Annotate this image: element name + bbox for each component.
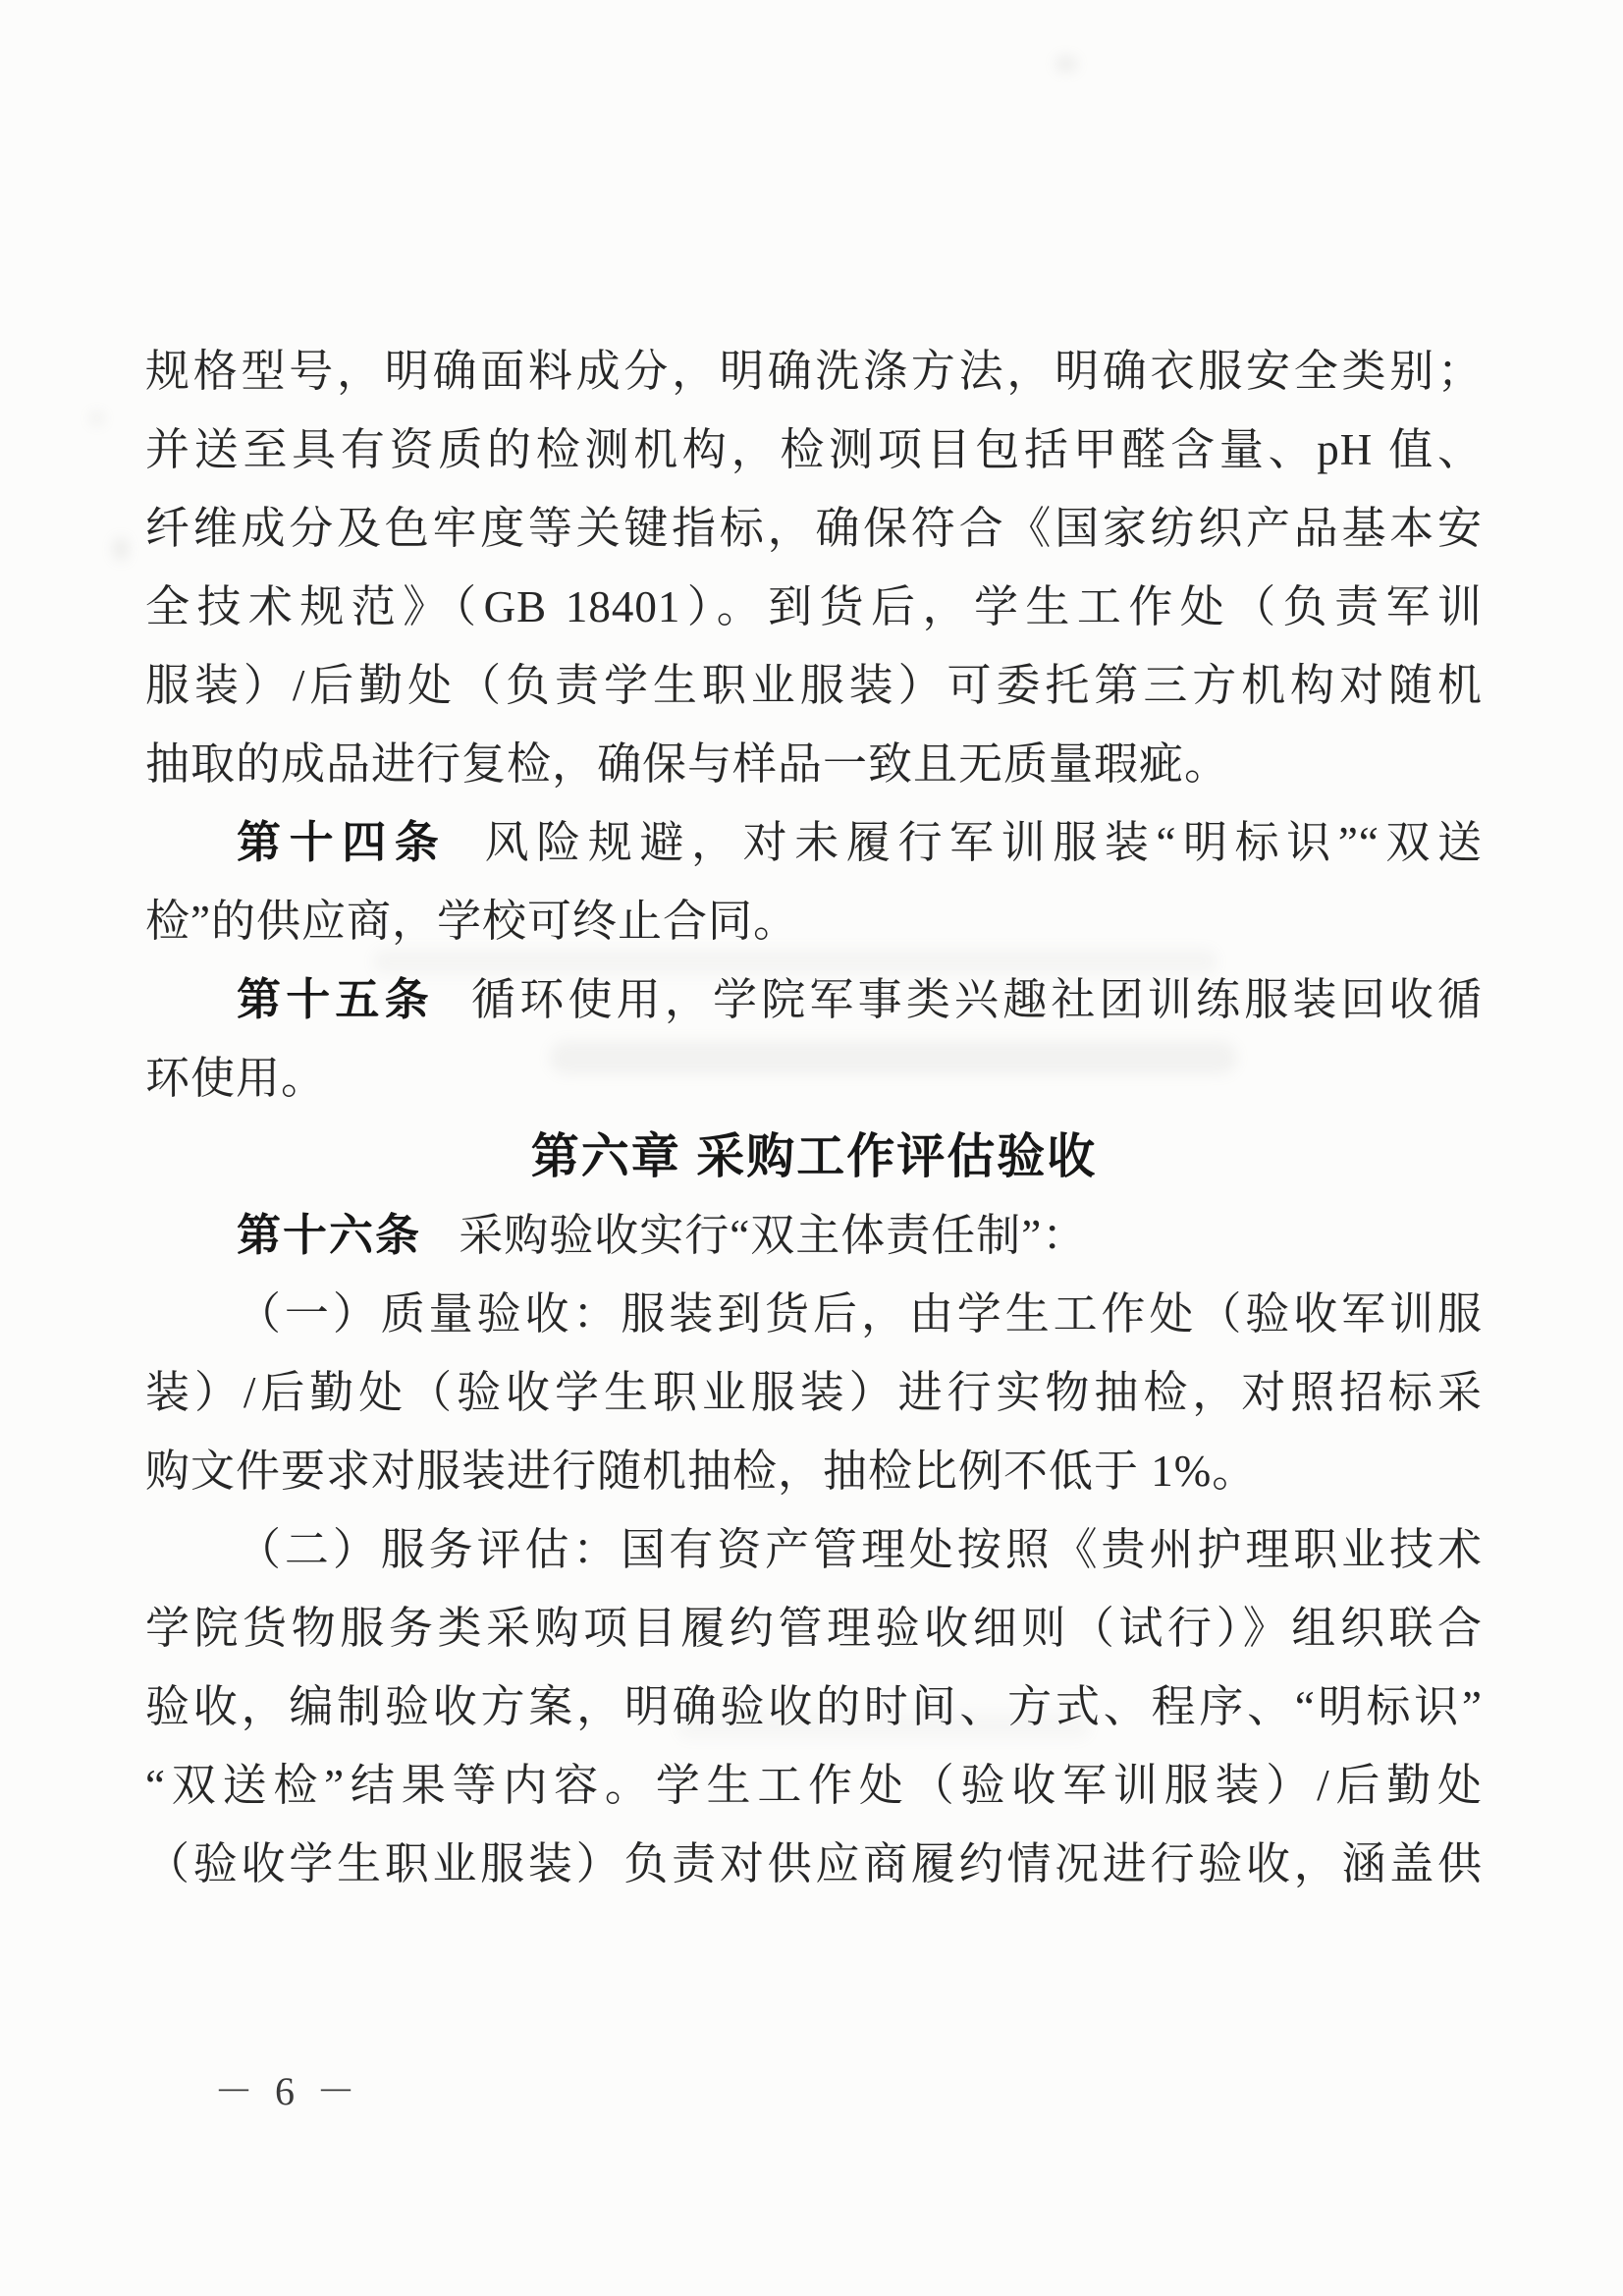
text-line: 纤维成分及色牢度等关键指标，确保符合《国家纺织产品基本安 — [145, 489, 1483, 568]
scan-artifact — [1055, 57, 1077, 71]
body-text: 规格型号，明确面料成分，明确洗涤方法，明确衣服安全类别； 并送至具有资质的检测机… — [145, 332, 1483, 1903]
article-16-line: 第十六条采购验收实行“双主体责任制”： — [145, 1196, 1483, 1275]
text-line: 并送至具有资质的检测机构，检测项目包括甲醛含量、pH 值、 — [145, 410, 1483, 489]
text-line: 抽取的成品进行复检，确保与样品一致且无质量瑕疵。 — [145, 725, 1483, 803]
text-line: 装）/后勤处（验收学生职业服装）进行实物抽检，对照招标采 — [145, 1353, 1483, 1432]
article-16-text: 采购验收实行“双主体责任制”： — [459, 1211, 1087, 1260]
item-2-line: （二）服务评估：国有资产管理处按照《贵州护理职业技术 — [145, 1510, 1483, 1589]
article-14-line: 第十四条风险规避，对未履行军训服装“明标识”“双送 — [145, 803, 1483, 882]
text-line: （验收学生职业服装）负责对供应商履约情况进行验收，涵盖供 — [145, 1825, 1483, 1903]
article-15-line: 第十五条循环使用，学院军事类兴趣社团训练服装回收循 — [145, 960, 1483, 1039]
text-line: 服装）/后勤处（负责学生职业服装）可委托第三方机构对随机 — [145, 646, 1483, 725]
text-line: 验收，编制验收方案，明确验收的时间、方式、程序、“明标识” — [145, 1667, 1483, 1746]
item-1-line: （一）质量验收：服装到货后，由学生工作处（验收军训服 — [145, 1275, 1483, 1353]
article-16-number: 第十六条 — [237, 1210, 421, 1260]
article-15-text: 循环使用，学院军事类兴趣社团训练服装回收循 — [471, 975, 1483, 1024]
page-number: － 6 － — [214, 2060, 361, 2116]
text-line: 学院货物服务类采购项目履约管理验收细则（试行）》组织联合 — [145, 1589, 1483, 1667]
text-line: 检”的供应商，学校可终止合同。 — [145, 882, 1483, 960]
text-line: 环使用。 — [145, 1039, 1483, 1118]
scan-artifact — [114, 538, 128, 560]
document-page: 规格型号，明确面料成分，明确洗涤方法，明确衣服安全类别； 并送至具有资质的检测机… — [0, 0, 1623, 2296]
article-14-text: 风险规避，对未履行军训服装“明标识”“双送 — [485, 818, 1483, 867]
chapter-heading: 第六章 采购工作评估验收 — [145, 1118, 1483, 1196]
scan-artifact — [91, 412, 103, 424]
text-line: 全技术规范》（GB 18401）。到货后，学生工作处（负责军训 — [145, 568, 1483, 646]
article-14-number: 第十四条 — [237, 817, 447, 867]
text-line: 购文件要求对服装进行随机抽检，抽检比例不低于 1%。 — [145, 1432, 1483, 1510]
article-15-number: 第十五条 — [237, 974, 434, 1024]
text-line: “双送检”结果等内容。学生工作处（验收军训服装）/后勤处 — [145, 1746, 1483, 1825]
text-line: 规格型号，明确面料成分，明确洗涤方法，明确衣服安全类别； — [145, 332, 1483, 410]
